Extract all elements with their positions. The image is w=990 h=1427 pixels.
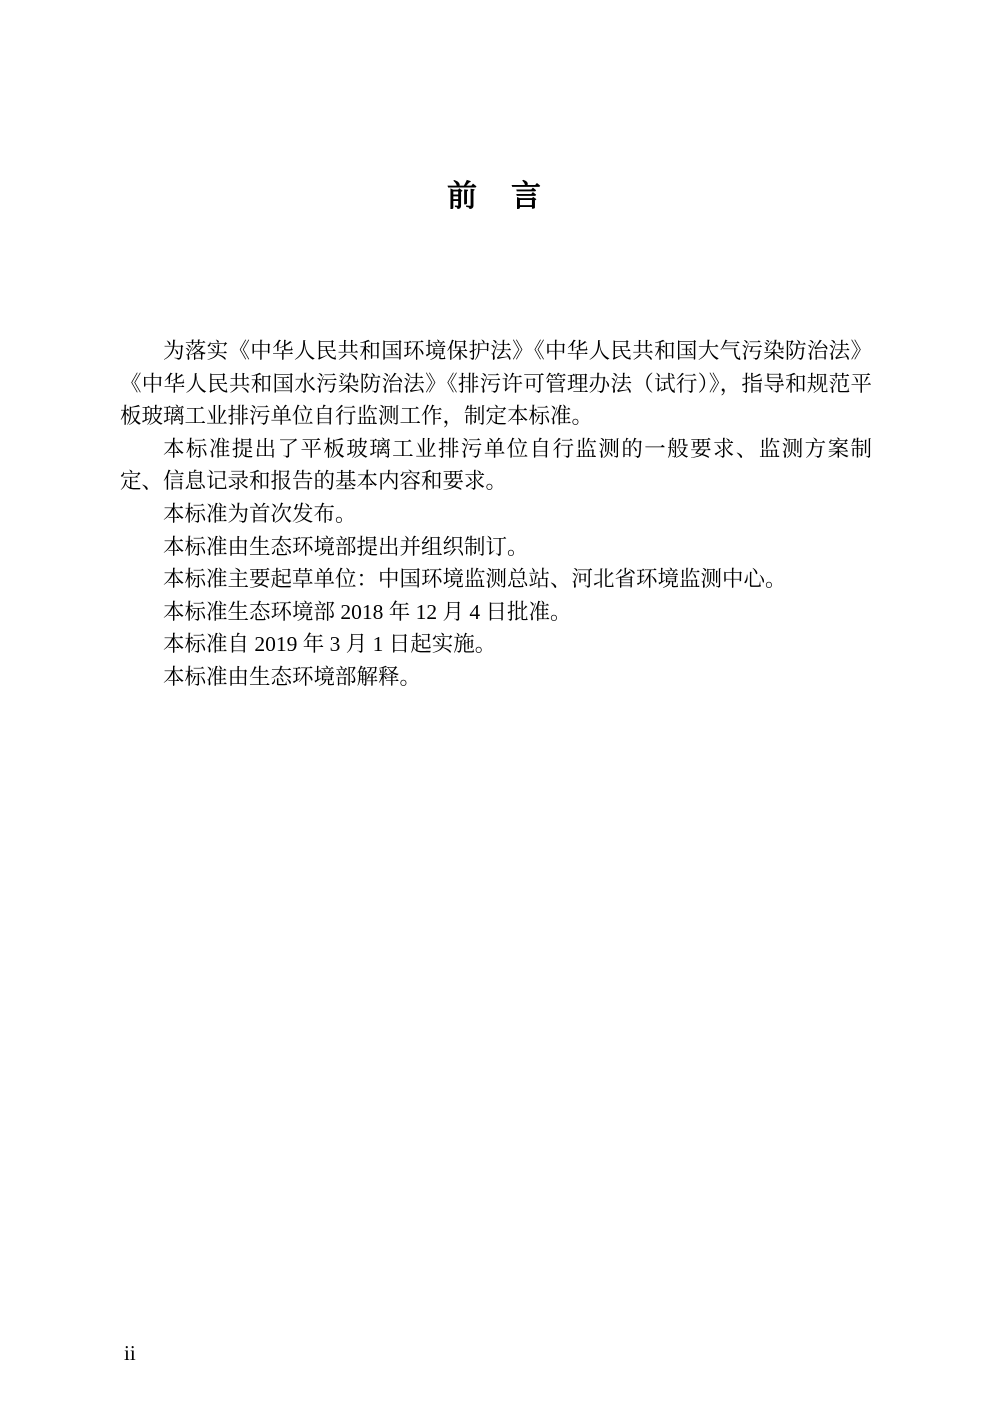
paragraph-interpretation: 本标准由生态环境部解释。	[120, 661, 872, 694]
paragraph-approval-date: 本标准生态环境部 2018 年 12 月 4 日批准。	[120, 596, 872, 629]
page-number: ii	[124, 1341, 136, 1366]
paragraph-drafting-units: 本标准主要起草单位：中国环境监测总站、河北省环境监测中心。	[120, 563, 872, 596]
paragraph-first-issue: 本标准为首次发布。	[120, 498, 872, 531]
paragraph-proposed-by: 本标准由生态环境部提出并组织制订。	[120, 531, 872, 564]
paragraph-intro: 为落实《中华人民共和国环境保护法》《中华人民共和国大气污染防治法》《中华人民共和…	[120, 335, 872, 433]
paragraph-scope: 本标准提出了平板玻璃工业排污单位自行监测的一般要求、监测方案制定、信息记录和报告…	[120, 433, 872, 498]
paragraph-implementation-date: 本标准自 2019 年 3 月 1 日起实施。	[120, 628, 872, 661]
document-page: 前 言 为落实《中华人民共和国环境保护法》《中华人民共和国大气污染防治法》《中华…	[0, 0, 990, 1427]
page-title: 前 言	[0, 180, 990, 214]
document-body: 为落实《中华人民共和国环境保护法》《中华人民共和国大气污染防治法》《中华人民共和…	[120, 335, 872, 694]
